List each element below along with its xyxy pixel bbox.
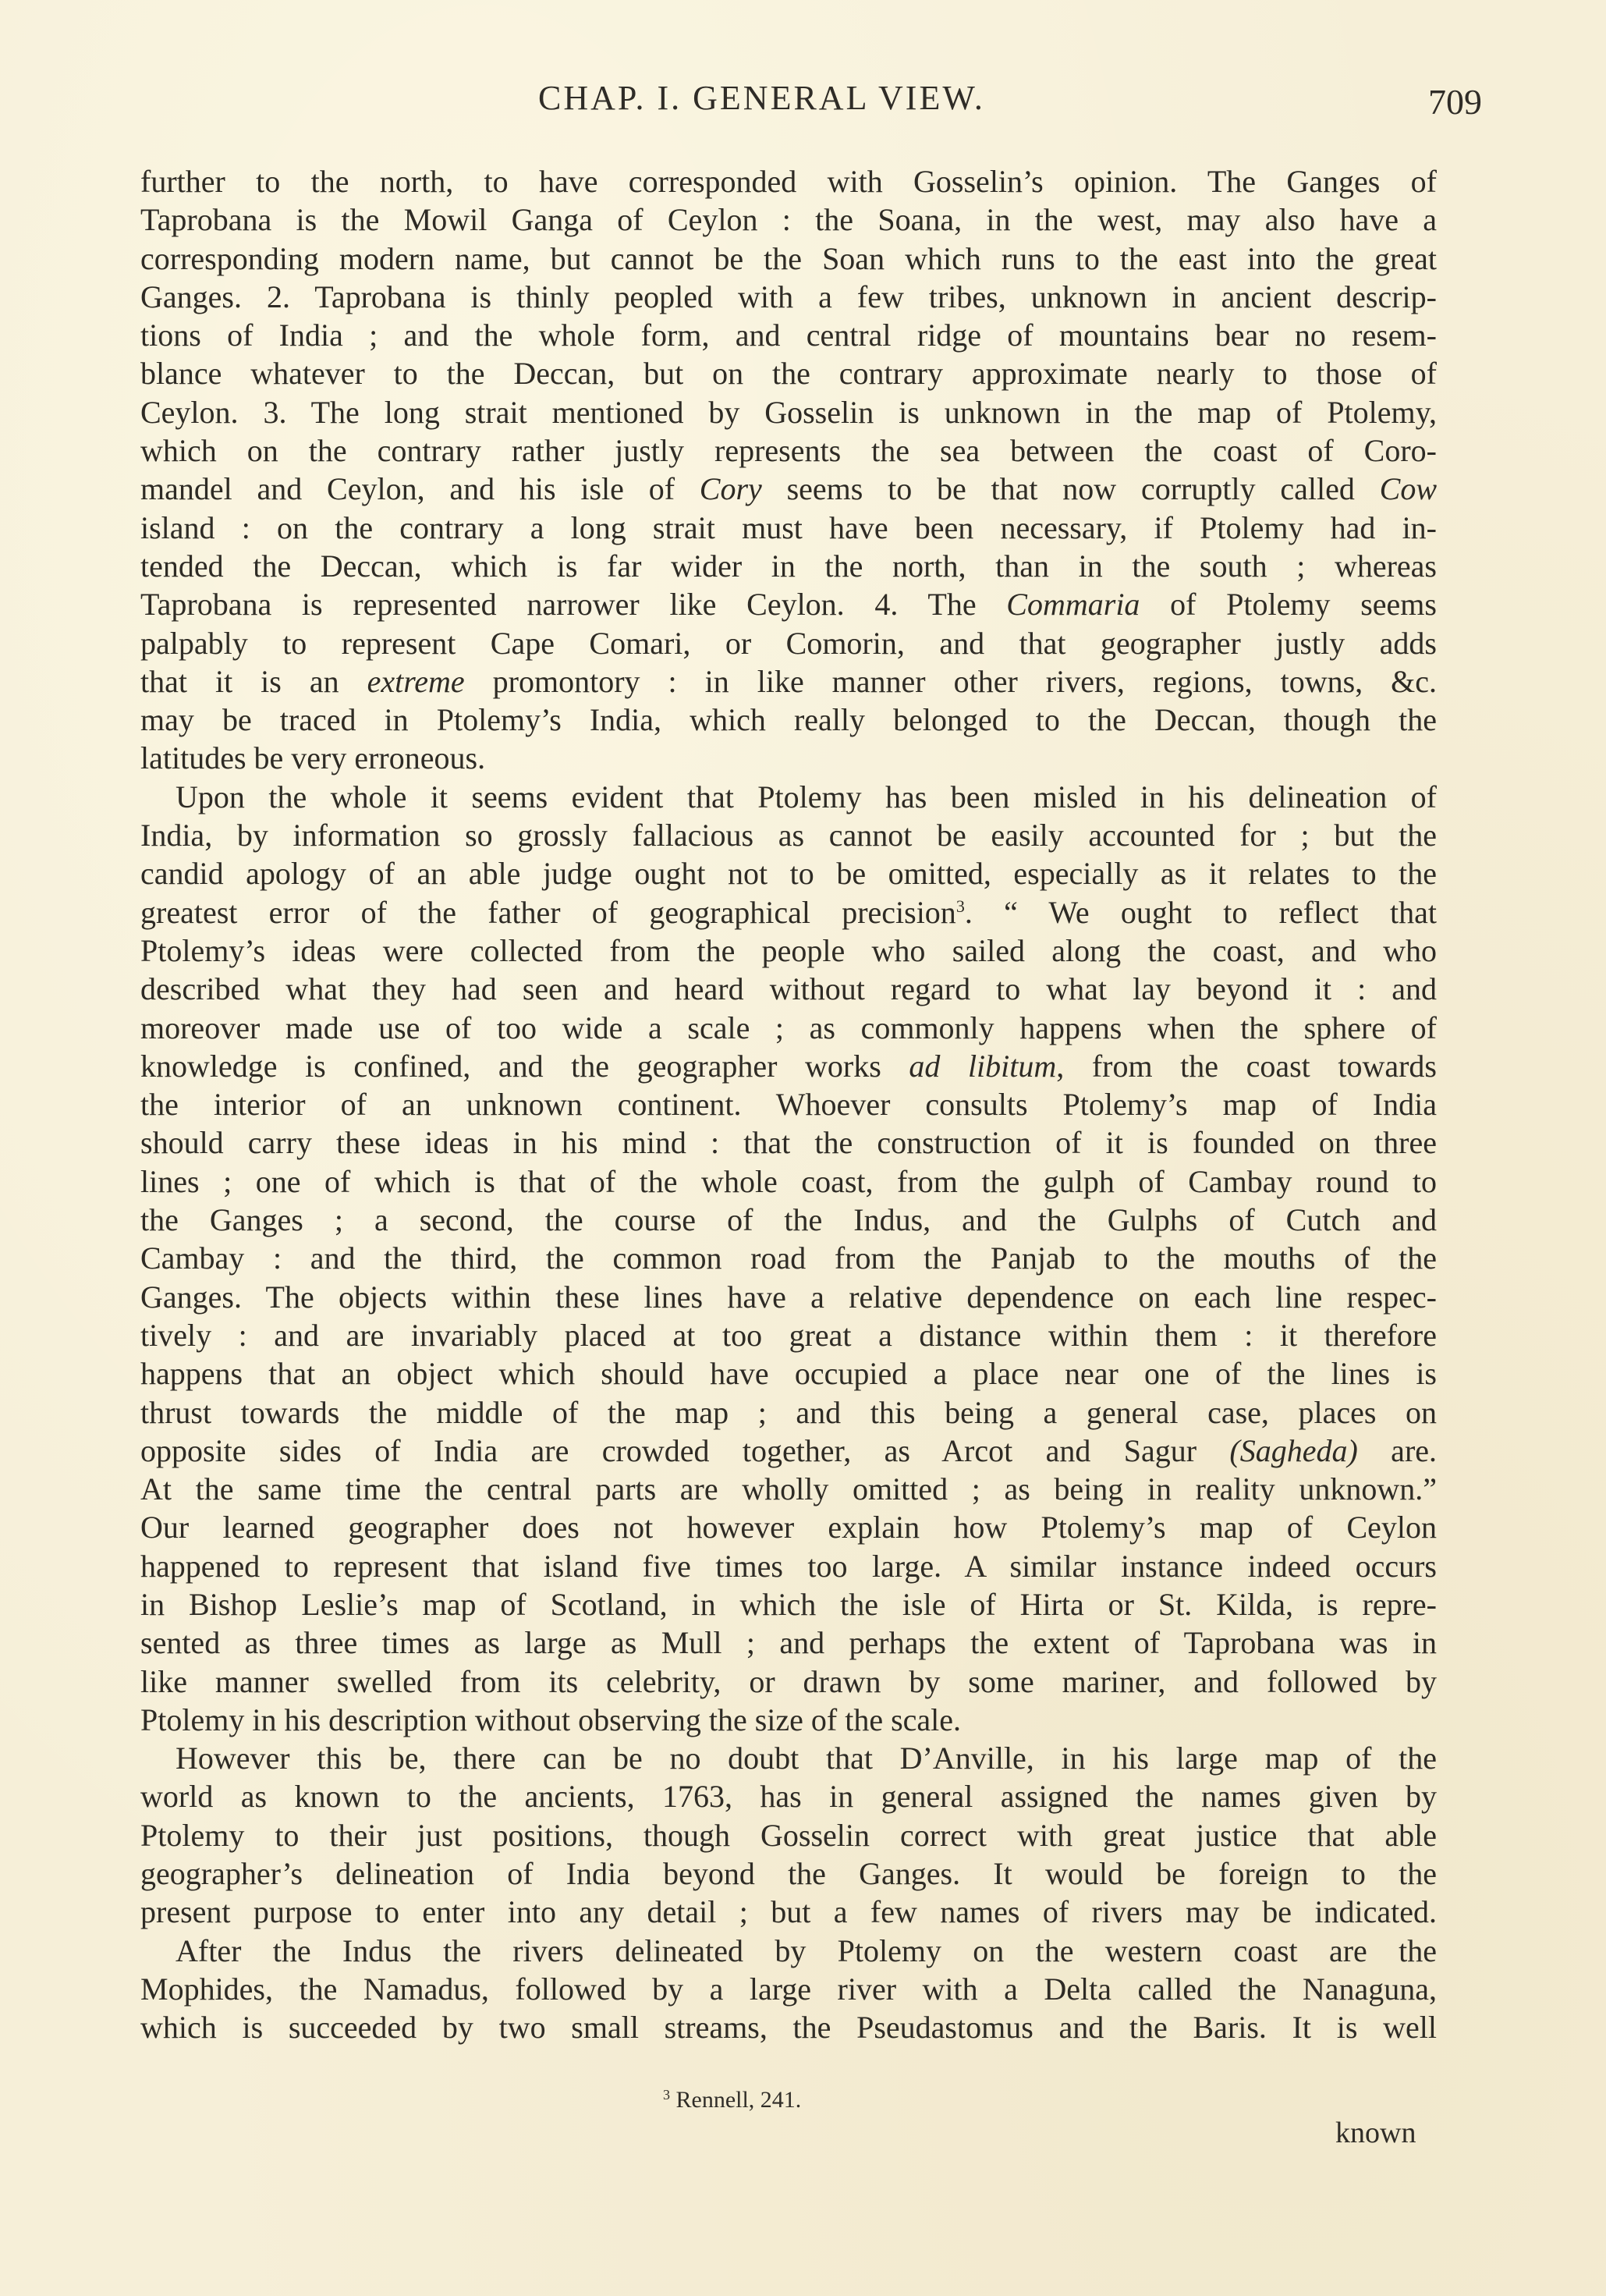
footnote-text: Rennell, 241.	[676, 2087, 802, 2113]
line-text: of Ptolemy seems	[1140, 587, 1437, 622]
text-line: Our learned geographer does not however …	[140, 1508, 1437, 1546]
line-text: happens that an object which should have…	[140, 1356, 1437, 1391]
text-line: which is succeeded by two small streams,…	[140, 2008, 1437, 2046]
text-line: palpably to represent Cape Comari, or Co…	[140, 624, 1437, 662]
text-line: like manner swelled from its celebrity, …	[140, 1663, 1437, 1701]
italic-text: Cow	[1380, 471, 1437, 506]
text-line: latitudes be very erroneous.	[140, 739, 1437, 777]
line-text: . “ We ought to reflect that	[965, 895, 1437, 930]
line-text: which is succeeded by two small streams,…	[140, 2010, 1437, 2045]
text-line: After the Indus the rivers delineated by…	[140, 1932, 1437, 1970]
text-line: Taprobana is represented narrower like C…	[140, 585, 1437, 623]
line-text: geographer’s delineation of India beyond…	[140, 1856, 1437, 1891]
italic-text: extreme	[367, 664, 465, 699]
italic-text: ad libitum	[909, 1049, 1056, 1084]
line-text: that it is an	[140, 664, 367, 699]
italic-text: Commaria	[1006, 587, 1140, 622]
text-line: described what they had seen and heard w…	[140, 970, 1437, 1008]
line-text: tended the Deccan, which is far wider in…	[140, 548, 1437, 584]
line-text: opposite sides of India are crowded toge…	[140, 1433, 1229, 1468]
line-text: Cambay : and the third, the common road …	[140, 1240, 1437, 1276]
text-line: the interior of an unknown continent. Wh…	[140, 1085, 1437, 1123]
text-line: world as known to the ancients, 1763, ha…	[140, 1777, 1437, 1815]
line-text: However this be, there can be no doubt t…	[175, 1741, 1437, 1776]
line-text: described what they had seen and heard w…	[140, 971, 1437, 1006]
page-number: 709	[1428, 81, 1482, 122]
text-line: tively : and are invariably placed at to…	[140, 1316, 1437, 1354]
text-line: Mophides, the Namadus, followed by a lar…	[140, 1970, 1437, 2008]
text-line: knowledge is confined, and the geographe…	[140, 1047, 1437, 1085]
line-text: tions of India ; and the whole form, and…	[140, 318, 1437, 353]
text-line: tended the Deccan, which is far wider in…	[140, 547, 1437, 585]
text-line: geographer’s delineation of India beyond…	[140, 1854, 1437, 1893]
line-text: world as known to the ancients, 1763, ha…	[140, 1779, 1437, 1814]
italic-text: (Sagheda)	[1229, 1433, 1357, 1468]
text-line: India, by information so grossly fallaci…	[140, 816, 1437, 854]
text-line: At the same time the central parts are w…	[140, 1470, 1437, 1508]
text-line: the Ganges ; a second, the course of the…	[140, 1201, 1437, 1239]
footnote-marker: 3	[663, 2087, 670, 2103]
body-text: further to the north, to have correspond…	[140, 162, 1437, 2047]
text-line: Taprobana is the Mowil Ganga of Ceylon :…	[140, 201, 1437, 239]
text-line: which on the contrary rather justly repr…	[140, 431, 1437, 470]
text-line: happens that an object which should have…	[140, 1354, 1437, 1393]
line-text: promontory : in like manner other rivers…	[465, 664, 1437, 699]
text-line: opposite sides of India are crowded toge…	[140, 1432, 1437, 1470]
line-text: candid apology of an able judge ought no…	[140, 856, 1437, 891]
line-text: happened to represent that island five t…	[140, 1549, 1437, 1584]
text-line: sented as three times as large as Mull ;…	[140, 1624, 1437, 1662]
text-line: lines ; one of which is that of the whol…	[140, 1162, 1437, 1201]
line-text: knowledge is confined, and the geographe…	[140, 1049, 909, 1084]
line-text: Ptolemy in his description without obser…	[140, 1702, 961, 1737]
line-text: After the Indus the rivers delineated by…	[175, 1933, 1437, 1968]
line-text: greatest error of the father of geograph…	[140, 895, 956, 930]
footnote-reference: 3	[956, 896, 965, 916]
text-line: Ptolemy’s ideas were collected from the …	[140, 932, 1437, 970]
text-line: Cambay : and the third, the common road …	[140, 1239, 1437, 1277]
line-text: tively : and are invariably placed at to…	[140, 1318, 1437, 1353]
text-line: Ptolemy to their just positions, though …	[140, 1816, 1437, 1854]
page-header: CHAP. I. GENERAL VIEW. 709	[140, 78, 1482, 133]
text-line: candid apology of an able judge ought no…	[140, 854, 1437, 892]
text-line: present purpose to enter into any detail…	[140, 1893, 1437, 1931]
line-text: , from the coast towards	[1056, 1049, 1437, 1084]
line-text: seems to be that now corruptly called	[762, 471, 1380, 506]
text-line: tions of India ; and the whole form, and…	[140, 316, 1437, 354]
text-line: may be traced in Ptolemy’s India, which …	[140, 701, 1437, 739]
line-text: Ganges. 2. Taprobana is thinly peopled w…	[140, 279, 1437, 314]
line-text: the Ganges ; a second, the course of the…	[140, 1202, 1437, 1237]
line-text: further to the north, to have correspond…	[140, 164, 1437, 199]
text-line: should carry these ideas in his mind : t…	[140, 1123, 1437, 1162]
text-line: greatest error of the father of geograph…	[140, 893, 1437, 932]
text-line: mandel and Ceylon, and his isle of Cory …	[140, 470, 1437, 508]
text-line: Ceylon. 3. The long strait mentioned by …	[140, 393, 1437, 431]
text-line: in Bishop Leslie’s map of Scotland, in w…	[140, 1585, 1437, 1624]
line-text: should carry these ideas in his mind : t…	[140, 1125, 1437, 1160]
line-text: may be traced in Ptolemy’s India, which …	[140, 702, 1437, 737]
line-text: lines ; one of which is that of the whol…	[140, 1164, 1437, 1199]
line-text: sented as three times as large as Mull ;…	[140, 1625, 1437, 1660]
line-text: palpably to represent Cape Comari, or Co…	[140, 626, 1437, 661]
line-text: Mophides, the Namadus, followed by a lar…	[140, 1971, 1437, 2007]
text-line: Ganges. 2. Taprobana is thinly peopled w…	[140, 278, 1437, 316]
text-line: that it is an extreme promontory : in li…	[140, 662, 1437, 701]
text-line: Ganges. The objects within these lines h…	[140, 1278, 1437, 1316]
line-text: present purpose to enter into any detail…	[140, 1894, 1437, 1929]
line-text: in Bishop Leslie’s map of Scotland, in w…	[140, 1587, 1437, 1622]
line-text: are.	[1358, 1433, 1437, 1468]
line-text: latitudes be very erroneous.	[140, 740, 485, 775]
line-text: island : on the contrary a long strait m…	[140, 510, 1437, 545]
line-text: Ceylon. 3. The long strait mentioned by …	[140, 395, 1437, 430]
line-text: like manner swelled from its celebrity, …	[140, 1664, 1437, 1699]
line-text: Taprobana is the Mowil Ganga of Ceylon :…	[140, 202, 1437, 237]
text-line: Upon the whole it seems evident that Pto…	[140, 778, 1437, 816]
text-line: island : on the contrary a long strait m…	[140, 509, 1437, 547]
line-text: which on the contrary rather justly repr…	[140, 433, 1437, 468]
line-text: corresponding modern name, but cannot be…	[140, 241, 1437, 276]
line-text: Taprobana is represented narrower like C…	[140, 587, 1006, 622]
text-line: Ptolemy in his description without obser…	[140, 1701, 1437, 1739]
line-text: Upon the whole it seems evident that Pto…	[175, 779, 1437, 814]
line-text: Ganges. The objects within these lines h…	[140, 1279, 1437, 1315]
line-text: mandel and Ceylon, and his isle of	[140, 471, 700, 506]
line-text: thrust towards the middle of the map ; a…	[140, 1395, 1437, 1430]
text-line: blance whatever to the Deccan, but on th…	[140, 354, 1437, 392]
running-head: CHAP. I. GENERAL VIEW.	[538, 78, 985, 118]
text-line: happened to represent that island five t…	[140, 1547, 1437, 1585]
footnote: 3 Rennell, 241.	[663, 2087, 801, 2113]
line-text: moreover made use of too wide a scale ; …	[140, 1010, 1437, 1045]
text-line: thrust towards the middle of the map ; a…	[140, 1393, 1437, 1432]
italic-text: Cory	[700, 471, 762, 506]
line-text: Ptolemy’s ideas were collected from the …	[140, 933, 1437, 968]
catchword: known	[1335, 2116, 1416, 2150]
text-line: further to the north, to have correspond…	[140, 162, 1437, 201]
line-text: Our learned geographer does not however …	[140, 1510, 1437, 1545]
line-text: the interior of an unknown continent. Wh…	[140, 1087, 1437, 1122]
text-line: moreover made use of too wide a scale ; …	[140, 1009, 1437, 1047]
line-text: Ptolemy to their just positions, though …	[140, 1818, 1437, 1853]
text-line: corresponding modern name, but cannot be…	[140, 240, 1437, 278]
line-text: At the same time the central parts are w…	[140, 1471, 1437, 1506]
text-line: However this be, there can be no doubt t…	[140, 1739, 1437, 1777]
line-text: India, by information so grossly fallaci…	[140, 818, 1437, 853]
line-text: blance whatever to the Deccan, but on th…	[140, 356, 1437, 391]
